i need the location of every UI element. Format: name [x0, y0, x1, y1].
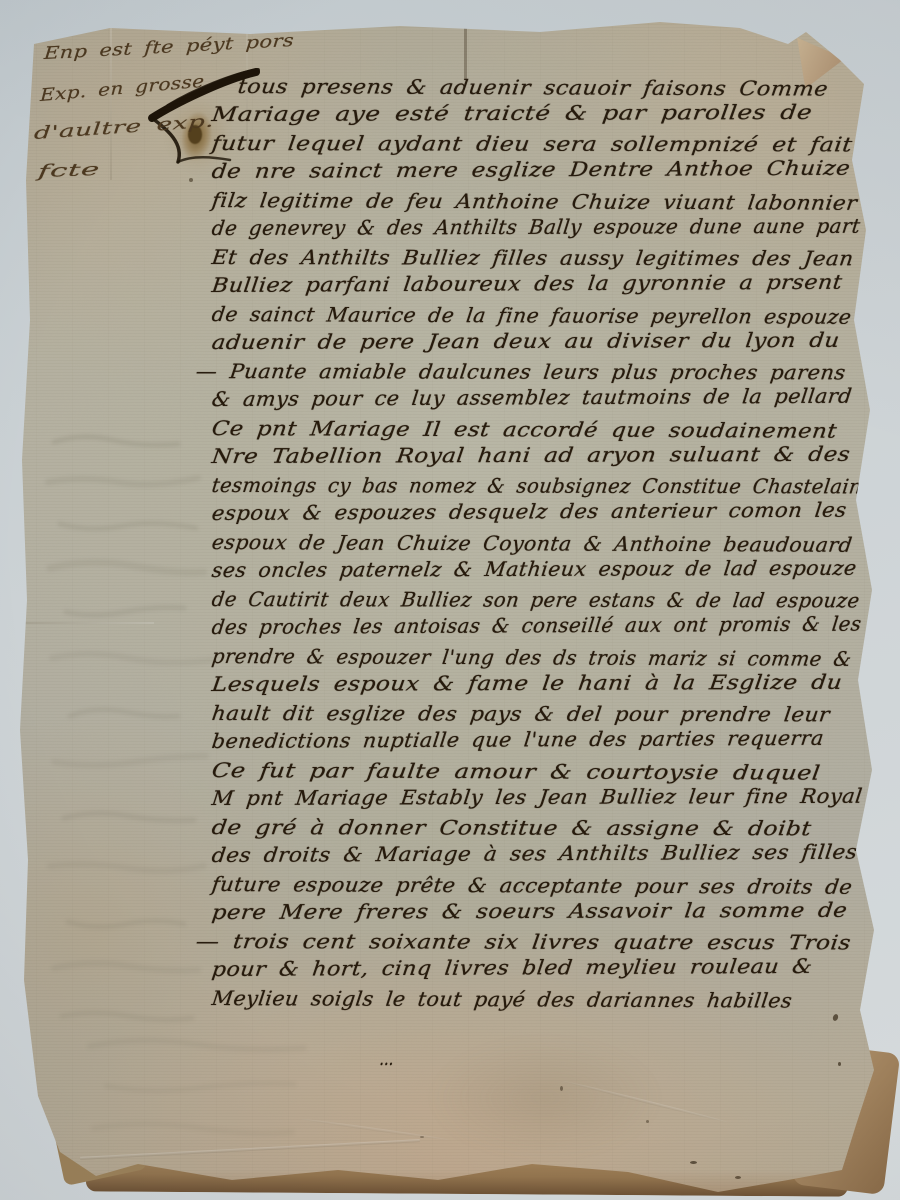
text-block: tous presens & aduenir scauoir faisons C…	[0, 0, 900, 1200]
manuscript-line: Ce fut par faulte amour & courtoysie duq…	[210, 758, 821, 785]
ink-speck	[690, 1161, 697, 1164]
margin-notes: Enp est fte péyt porsExp. en grossed'aul…	[0, 0, 900, 1200]
manuscript-line: hault dit esglize des pays & del pour pr…	[211, 701, 832, 726]
paper-grain-texture	[0, 0, 900, 1200]
show-through-marks-bottom	[70, 1020, 390, 1170]
manuscript-line: filz legitime de feu Anthoine Chuize viu…	[210, 188, 858, 215]
wrinkle-bottom-center	[301, 1118, 450, 1142]
manuscript-line: pere Mere freres & soeurs Assavoir la so…	[211, 898, 849, 924]
manuscript-line: Mariage aye esté traicté & par parolles …	[211, 100, 814, 126]
ink-speck	[189, 178, 193, 182]
manuscript-line: — Puante amiable daulcunes leurs plus pr…	[195, 359, 848, 384]
ink-speck	[832, 1013, 839, 1021]
crease-horizontal-left	[22, 622, 154, 624]
wrinkle-bottom-left	[80, 1139, 420, 1160]
show-through-marks	[40, 420, 240, 1060]
manuscript-line: Lesquels espoux & fame le hani à la Esgl…	[211, 670, 844, 696]
margin-note-line: fcte	[37, 160, 101, 182]
manuscript-line: de gré à donner Constitue & assigne & do…	[211, 815, 813, 840]
manuscript-line: des droits & Mariage à ses Anthilts Bull…	[211, 840, 859, 867]
manuscript-line: pour & hort, cinq livres bled meylieu ro…	[211, 954, 814, 981]
torn-corner-flap	[796, 33, 848, 91]
manuscript-line: …	[379, 1046, 396, 1070]
manuscript-line: futur lequel aydant dieu sera sollempniz…	[211, 131, 854, 156]
margin-note-line: d'aultre exp.	[33, 111, 214, 144]
manuscript-line: espoux & espouzes desquelz des anterieur…	[211, 498, 848, 525]
wrinkle-bottom-right	[562, 1079, 728, 1123]
manuscript-line: tesmoings cy bas nomez & soubsignez Cons…	[211, 473, 864, 498]
manuscript-line: — trois cent soixante six livres quatre …	[195, 929, 853, 954]
photograph: Enp est fte péyt porsExp. en grossed'aul…	[0, 0, 900, 1200]
manuscript-line: tous presens & aduenir scauoir faisons C…	[236, 74, 829, 101]
ink-speck	[838, 1062, 841, 1066]
crease-vertical-center	[246, 30, 248, 148]
manuscript-line: prendre & espouzer l'ung des ds trois ma…	[210, 644, 853, 671]
crease-top-edge-mark	[464, 12, 467, 80]
margin-note-line: Enp est fte péyt pors	[43, 31, 294, 64]
manuscript-line: M pnt Mariage Estably les Jean Bulliez l…	[211, 784, 864, 810]
ink-stain	[178, 109, 216, 163]
manuscript-line: benedictions nuptialle que l'une des par…	[211, 726, 826, 753]
manuscript-line: Ce pnt Mariage Il est accordé que soudai…	[210, 416, 838, 443]
manuscript-line: Et des Anthilts Bulliez filles aussy leg…	[211, 245, 856, 270]
manuscript-line: Bulliez parfani laboureux des la gyronni…	[211, 270, 844, 297]
manuscript-line: des proches les antoisas & conseillé aux…	[211, 612, 863, 639]
ink-stain-core	[188, 125, 202, 144]
manuscript-line: & amys pour ce luy assemblez tautmoins d…	[211, 384, 854, 411]
margin-note-line: Exp. en grosse	[40, 72, 205, 107]
manuscript-line: espoux de Jean Chuize Coyonta & Anthoine…	[210, 530, 853, 557]
opening-paraph-flourish	[138, 60, 268, 170]
manuscript-line: Nre Tabellion Royal hani ad aryon suluan…	[211, 442, 852, 468]
manuscript-line: de Cautirit deux Bulliez son pere estans…	[211, 587, 862, 612]
manuscript-line: de nre sainct mere esglize Dentre Anthoe…	[211, 156, 852, 183]
ink-speck	[420, 1136, 424, 1138]
manuscript-line: ses oncles paternelz & Mathieux espouz d…	[211, 556, 859, 582]
discoloration-patch	[430, 1038, 660, 1158]
ink-speck	[646, 1120, 649, 1123]
manuscript-line: aduenir de pere Jean deux au diviser du …	[211, 328, 842, 354]
ink-stain-halo	[166, 98, 230, 172]
manuscript-page: Enp est fte péyt porsExp. en grossed'aul…	[0, 0, 900, 1200]
manuscript-line: de sainct Maurice de la fine fauorise pe…	[210, 302, 853, 329]
manuscript-line: future espouze prête & acceptante pour s…	[210, 872, 853, 899]
ink-speck	[735, 1176, 741, 1179]
ink-speck	[560, 1086, 563, 1091]
manuscript-line: Meylieu soigls le tout payé des darianne…	[210, 986, 793, 1013]
crease-vertical-left	[110, 28, 112, 180]
manuscript-line: de genevrey & des Anthilts Bally espouze…	[211, 214, 862, 240]
